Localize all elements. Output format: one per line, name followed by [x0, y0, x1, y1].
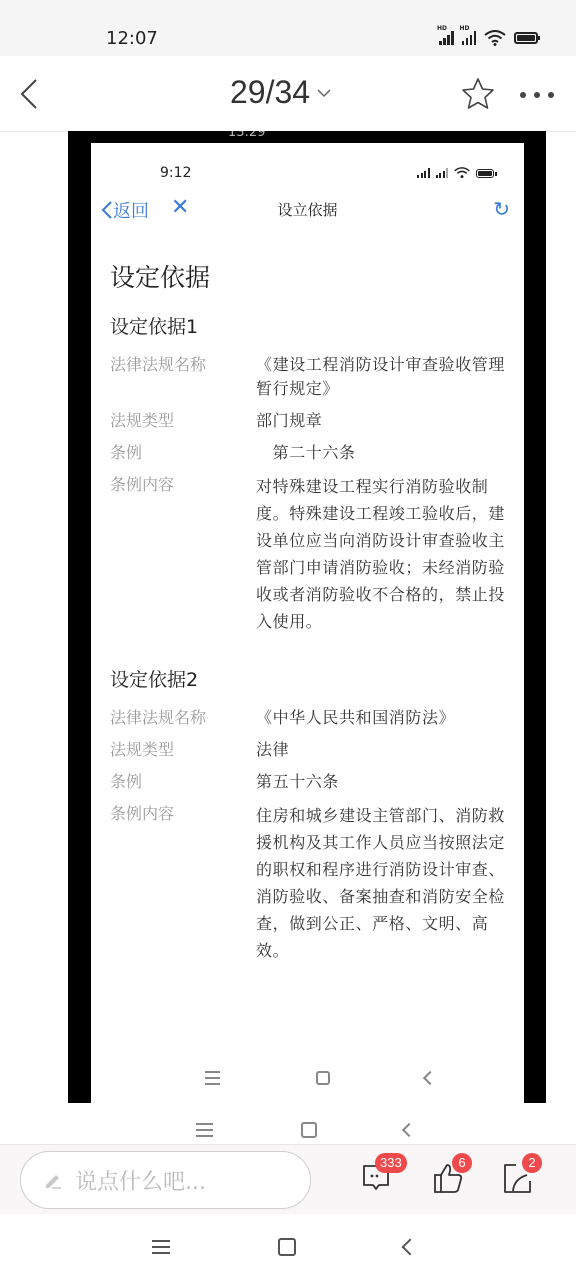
- field-row-article-content: 条例内容住房和城乡建设主管部门、消防救援机构及其工作人员应当按照法定的职权和程序…: [110, 802, 510, 964]
- outer-status-time: 13:29: [228, 125, 265, 140]
- field-row-article: 条例 第二十六条: [110, 441, 510, 465]
- home-icon: [301, 1122, 317, 1138]
- inner-status-icons: [417, 167, 494, 179]
- signal-icon: HD: [462, 31, 477, 45]
- bottom-action-bar: 说点什么吧... 333 6 2: [0, 1144, 576, 1214]
- field-label: 法规类型: [110, 738, 256, 762]
- inner-page-title: 设立依据: [91, 199, 524, 220]
- section-heading: 设定依据2: [110, 665, 510, 692]
- back-icon: [402, 1123, 416, 1137]
- battery-icon: [476, 169, 494, 178]
- wifi-icon: [484, 30, 506, 46]
- signal-icon: HD: [439, 31, 454, 45]
- field-row-law-name: 法律法规名称《中华人民共和国消防法》: [110, 706, 510, 730]
- signal-icon: [436, 168, 449, 178]
- chevron-down-icon: [316, 88, 332, 98]
- back-icon[interactable]: [14, 76, 44, 112]
- embedded-screen: 9:12 返回 ✕ 设立依据 ↻ 设定依据 设定依据1 法律法规名称《建设工程消…: [91, 143, 524, 1103]
- comment-input[interactable]: 说点什么吧...: [20, 1151, 311, 1209]
- field-value: 《中华人民共和国消防法》: [256, 706, 510, 730]
- signal-icon: [417, 168, 430, 178]
- field-value: 第五十六条: [256, 770, 510, 794]
- inner-status-time: 9:12: [160, 165, 191, 181]
- field-value: 对特殊建设工程实行消防验收制度。特殊建设工程竣工验收后，建设单位应当向消防设计审…: [256, 473, 510, 635]
- status-time: 12:07: [106, 28, 158, 49]
- status-bar: 12:07 HD HD: [0, 0, 576, 56]
- top-nav: 29/34: [0, 56, 576, 132]
- embedded-screenshot: 13:29 9:12 返回 ✕ 设立依据 ↻ 设定依据 设定依据1 法律法规名称…: [68, 131, 546, 1103]
- comments-button[interactable]: 333: [361, 1161, 395, 1193]
- like-button[interactable]: 6: [432, 1161, 466, 1193]
- menu-icon: [205, 1071, 220, 1085]
- back-icon: [423, 1071, 437, 1085]
- menu-icon: [196, 1123, 213, 1137]
- inner-system-nav: [205, 1071, 435, 1085]
- section-heading: 设定依据1: [110, 312, 510, 339]
- field-value: 第二十六条: [256, 441, 510, 465]
- field-label: 法律法规名称: [110, 353, 256, 401]
- home-icon[interactable]: [278, 1238, 296, 1256]
- field-label: 条例: [110, 770, 256, 794]
- wifi-icon: [454, 167, 470, 179]
- field-value: 住房和城乡建设主管部门、消防救援机构及其工作人员应当按照法定的职权和程序进行消防…: [256, 802, 510, 964]
- shares-count-badge: 2: [522, 1153, 542, 1173]
- system-nav-buttons: [152, 1238, 416, 1256]
- field-value: 部门规章: [256, 409, 510, 433]
- home-icon: [316, 1071, 330, 1085]
- comments-count-badge: 333: [375, 1153, 407, 1173]
- inner-nav-bar: 返回 ✕ 设立依据 ↻: [91, 193, 524, 227]
- field-row-law-name: 法律法规名称《建设工程消防设计审查验收管理暂行规定》: [110, 353, 510, 401]
- field-value: 法律: [256, 738, 510, 762]
- back-icon[interactable]: [402, 1239, 419, 1256]
- refresh-icon[interactable]: ↻: [493, 197, 510, 221]
- field-label: 条例内容: [110, 802, 256, 964]
- field-label: 条例内容: [110, 473, 256, 635]
- field-row-article-content: 条例内容对特殊建设工程实行消防验收制度。特殊建设工程竣工验收后，建设单位应当向消…: [110, 473, 510, 635]
- more-icon[interactable]: [520, 92, 554, 98]
- status-icons: HD HD: [439, 28, 538, 48]
- battery-icon: [514, 32, 538, 44]
- field-label: 法律法规名称: [110, 706, 256, 730]
- page-indicator[interactable]: 29/34: [230, 74, 332, 111]
- basis-section-1: 设定依据1 法律法规名称《建设工程消防设计审查验收管理暂行规定》 法规类型部门规…: [110, 312, 510, 635]
- basis-section-2: 设定依据2 法律法规名称《中华人民共和国消防法》 法规类型法律 条例第五十六条 …: [110, 665, 510, 964]
- field-label: 条例: [110, 441, 256, 465]
- comment-placeholder: 说点什么吧...: [75, 1165, 206, 1196]
- field-row-law-type: 法规类型法律: [110, 738, 510, 762]
- share-button[interactable]: 2: [502, 1161, 536, 1193]
- field-row-law-type: 法规类型部门规章: [110, 409, 510, 433]
- field-label: 法规类型: [110, 409, 256, 433]
- likes-count-badge: 6: [452, 1153, 472, 1173]
- field-row-article: 条例第五十六条: [110, 770, 510, 794]
- page-heading: 设定依据: [110, 258, 510, 294]
- page-indicator-text: 29/34: [230, 74, 310, 111]
- pencil-icon: [43, 1170, 63, 1190]
- basis-content: 设定依据 设定依据1 法律法规名称《建设工程消防设计审查验收管理暂行规定》 法规…: [110, 258, 510, 994]
- embedded-system-nav: [196, 1122, 414, 1138]
- star-icon[interactable]: [460, 76, 496, 112]
- system-nav-bar: [0, 1214, 576, 1280]
- field-value: 《建设工程消防设计审查验收管理暂行规定》: [256, 353, 510, 401]
- menu-icon[interactable]: [152, 1240, 170, 1254]
